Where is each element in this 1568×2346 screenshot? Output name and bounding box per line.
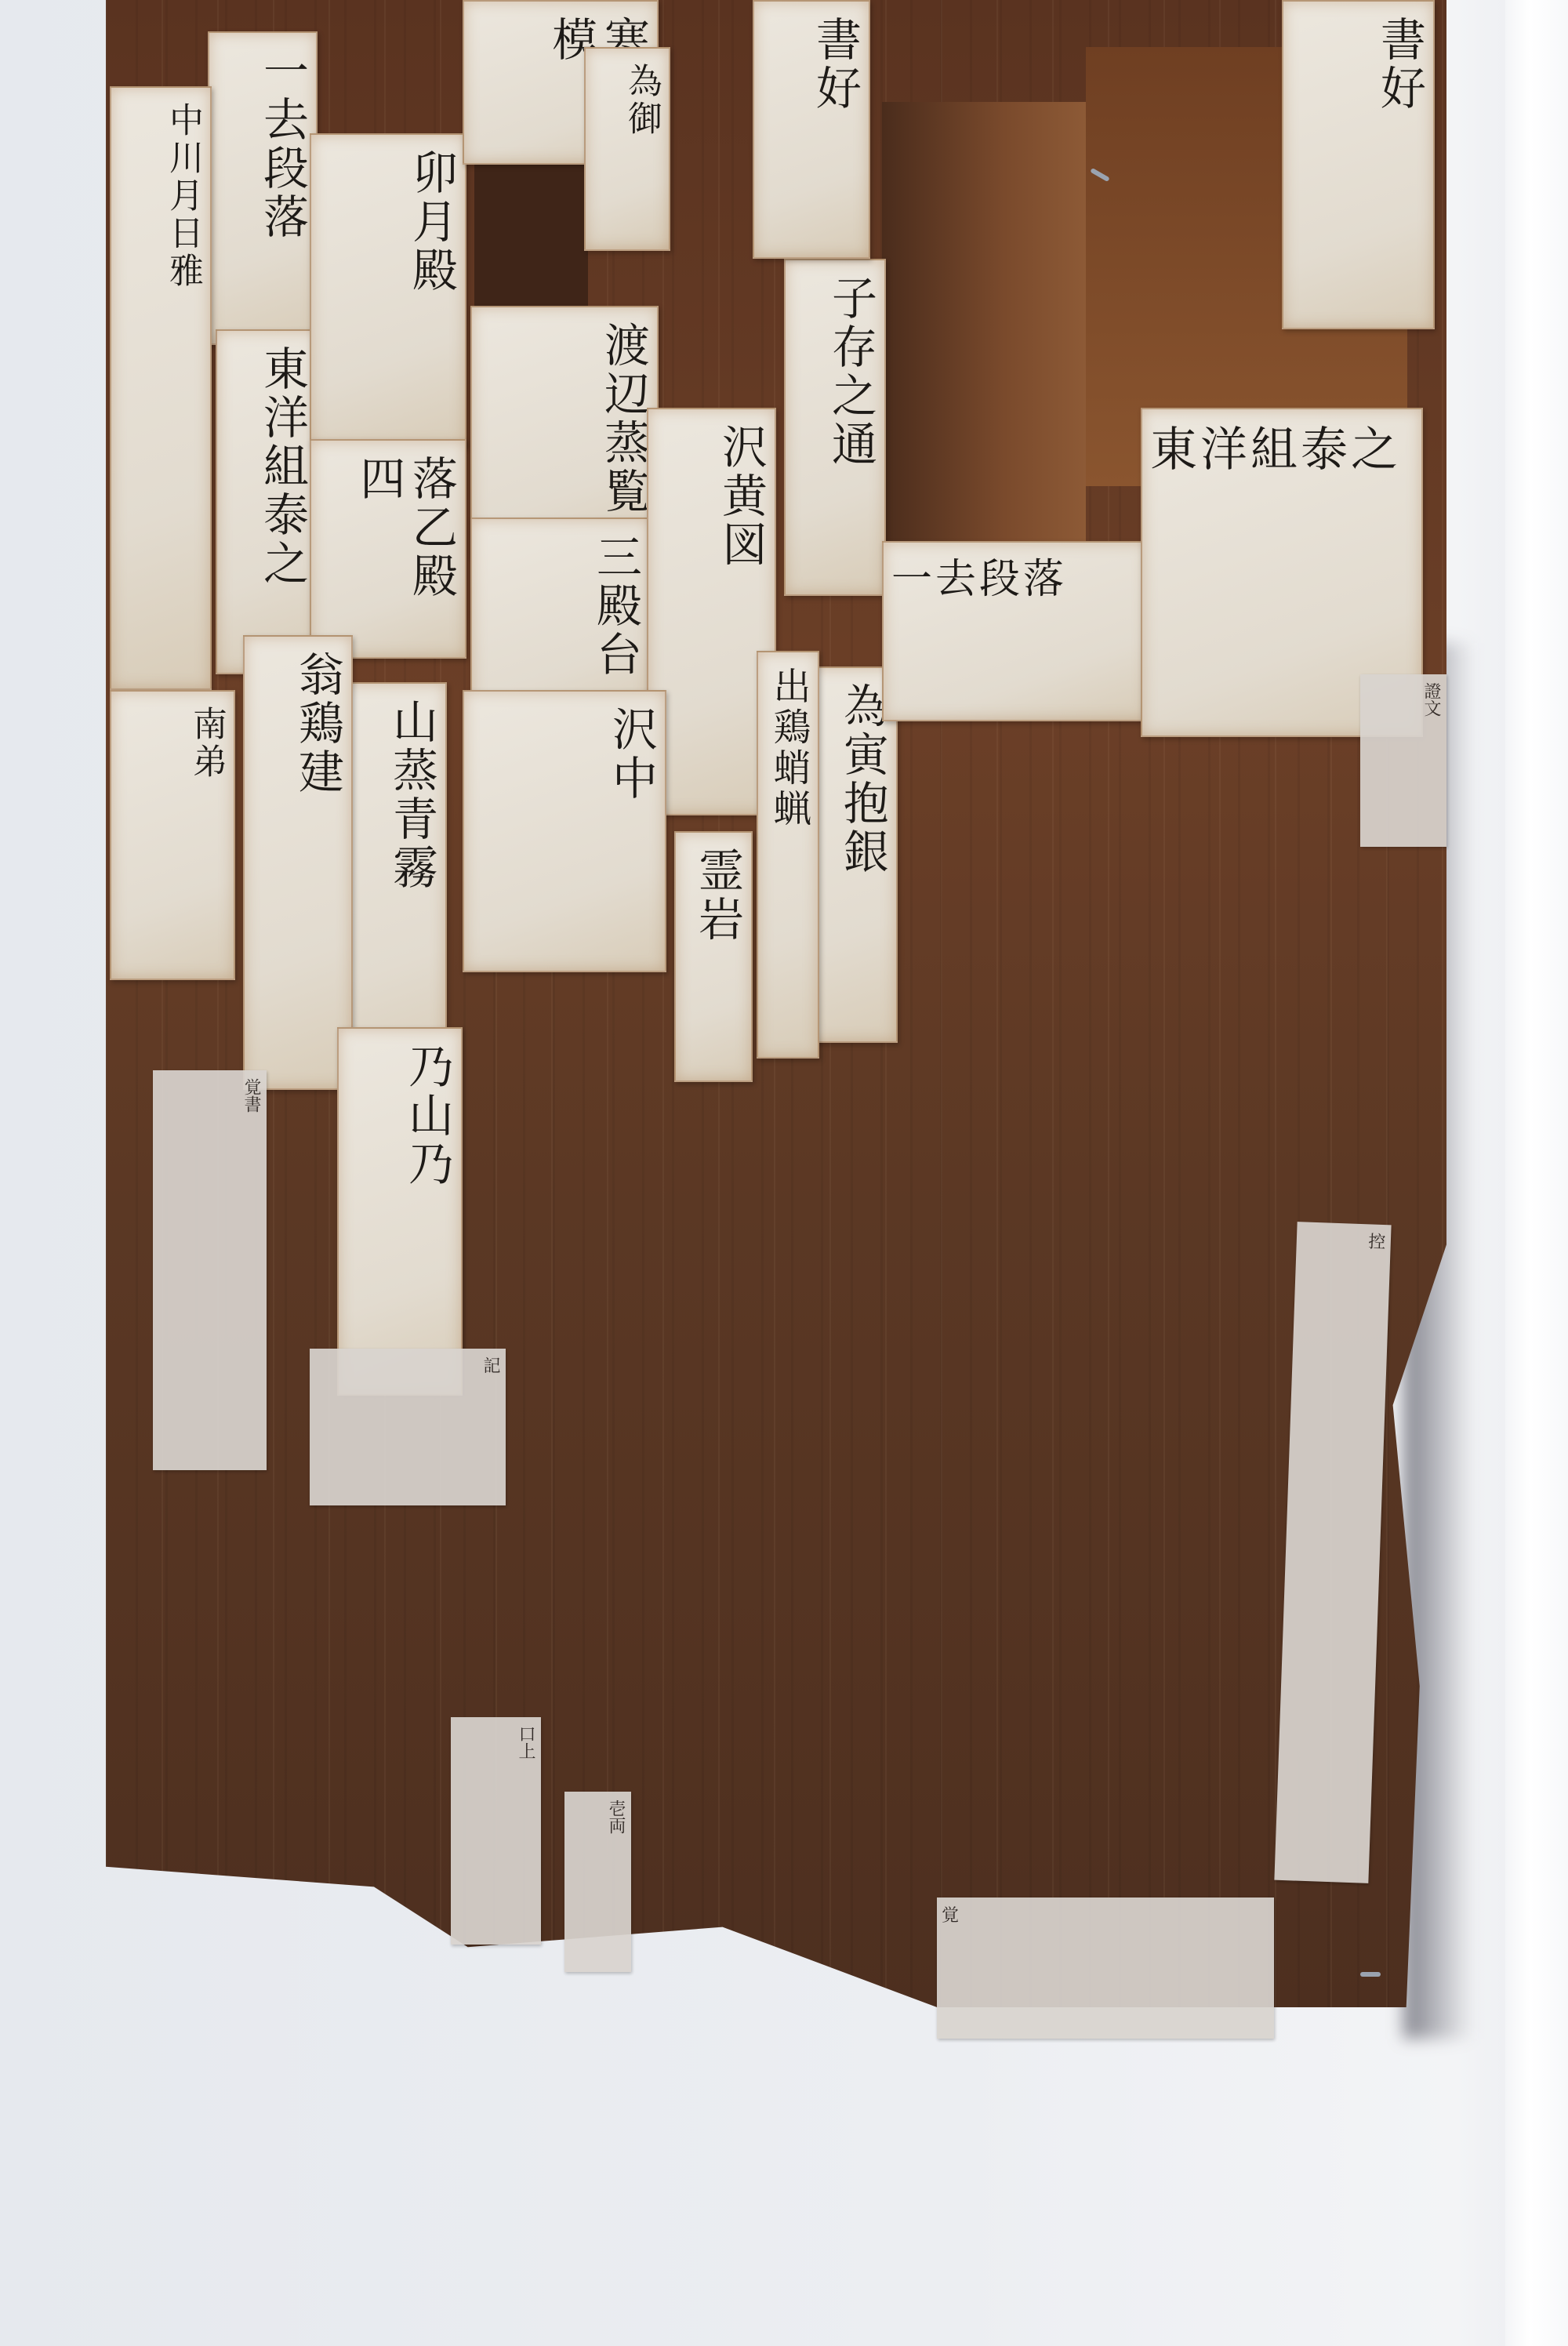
calligraphy-tag: 卯月殿 xyxy=(310,133,466,447)
calligraphy-tag: 南弟 xyxy=(110,690,235,980)
document-slip: 覚 xyxy=(937,1897,1274,2039)
calligraphy-tag: 翁鶏建 xyxy=(243,635,353,1090)
calligraphy-tag: 中川月日雅 xyxy=(110,86,212,690)
calligraphy-tag: 出鶏蛸蝋 xyxy=(757,651,819,1059)
calligraphy-tag: 一去段落 xyxy=(208,31,318,345)
calligraphy-tag: 書好 xyxy=(1282,0,1435,329)
document-slip: 證文 xyxy=(1360,674,1446,847)
calligraphy-tag: 為寅抱銀 xyxy=(808,666,898,1043)
calligraphy-tag: 書好 xyxy=(753,0,870,259)
calligraphy-tag: 沢中 xyxy=(463,690,666,972)
wall-corner xyxy=(1505,0,1568,2346)
document-slip: 壱両 xyxy=(564,1792,631,1972)
calligraphy-tag: 乃山乃 xyxy=(337,1027,463,1396)
calligraphy-tag: 一去段落 xyxy=(882,541,1149,721)
calligraphy-tag: 落乙殿四 xyxy=(310,439,466,659)
nail xyxy=(1360,1972,1381,1977)
wood-gap xyxy=(882,102,1086,541)
calligraphy-tag: 霊岩 xyxy=(674,831,753,1082)
document-slip: 覚書 xyxy=(153,1070,267,1470)
calligraphy-tag: 東洋組泰之 xyxy=(216,329,318,674)
calligraphy-tag: 子存之通 xyxy=(784,259,886,596)
document-slip: 記 xyxy=(310,1349,506,1505)
calligraphy-tag: 為御 xyxy=(584,47,670,251)
document-slip: 口上 xyxy=(451,1717,541,1945)
